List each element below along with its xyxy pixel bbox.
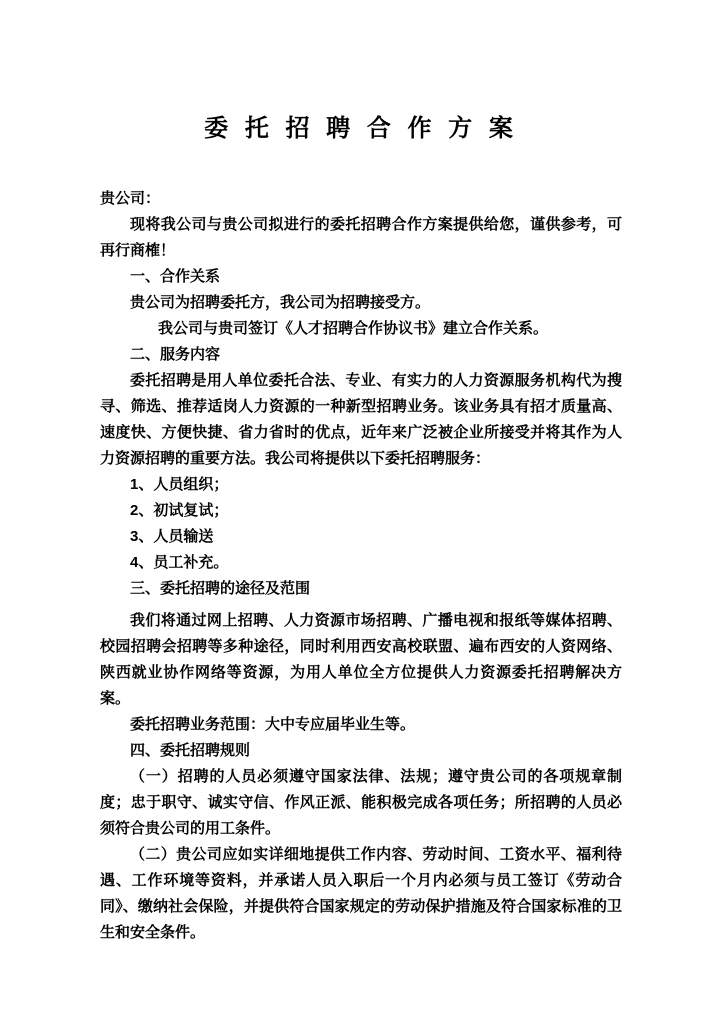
section1-body: 贵公司为招聘委托方，我公司为招聘接受方。 xyxy=(100,290,622,316)
section1-heading: 一、合作关系 xyxy=(100,264,622,290)
section1-agreement-note: 我公司与贵司签订《人才招聘合作协议书》建立合作关系。 xyxy=(100,316,622,342)
document-content: 委 托 招 聘 合 作 方 案 贵公司： 现将我公司与贵公司拟进行的委托招聘合作… xyxy=(100,0,622,946)
intro-paragraph: 现将我公司与贵公司拟进行的委托招聘合作方案提供给您，谨供参考，可再行商榷！ xyxy=(100,212,622,264)
section4-rule-2: （二）贵公司应如实详细地提供工作内容、劳动时间、工资水平、福利待遇、工作环境等资… xyxy=(100,842,622,946)
service-list-item: 2、初试复试； xyxy=(100,498,622,524)
section4-heading: 四、委托招聘规则 xyxy=(100,738,622,764)
section4-rule-1: （一）招聘的人员必须遵守国家法律、法规；遵守贵公司的各项规章制度；忠于职守、诚实… xyxy=(100,764,622,842)
document-page: 委 托 招 聘 合 作 方 案 贵公司： 现将我公司与贵公司拟进行的委托招聘合作… xyxy=(0,0,721,1020)
service-list-item: 3、人员输送 xyxy=(100,524,622,550)
section3-scope: 委托招聘业务范围：大中专应届毕业生等。 xyxy=(100,712,622,738)
section2-body: 委托招聘是用人单位委托合法、专业、有实力的人力资源服务机构代为搜寻、筛选、推荐适… xyxy=(100,368,622,472)
section3-heading: 三、委托招聘的途径及范围 xyxy=(100,576,622,602)
section2-heading: 二、服务内容 xyxy=(100,342,622,368)
salutation: 贵公司： xyxy=(100,186,622,212)
service-list-item: 1、人员组织； xyxy=(100,472,622,498)
section3-body: 我们将通过网上招聘、人力资源市场招聘、广播电视和报纸等媒体招聘、校园招聘会招聘等… xyxy=(100,608,622,712)
service-list-item: 4、员工补充。 xyxy=(100,550,622,576)
document-title: 委 托 招 聘 合 作 方 案 xyxy=(100,0,622,146)
